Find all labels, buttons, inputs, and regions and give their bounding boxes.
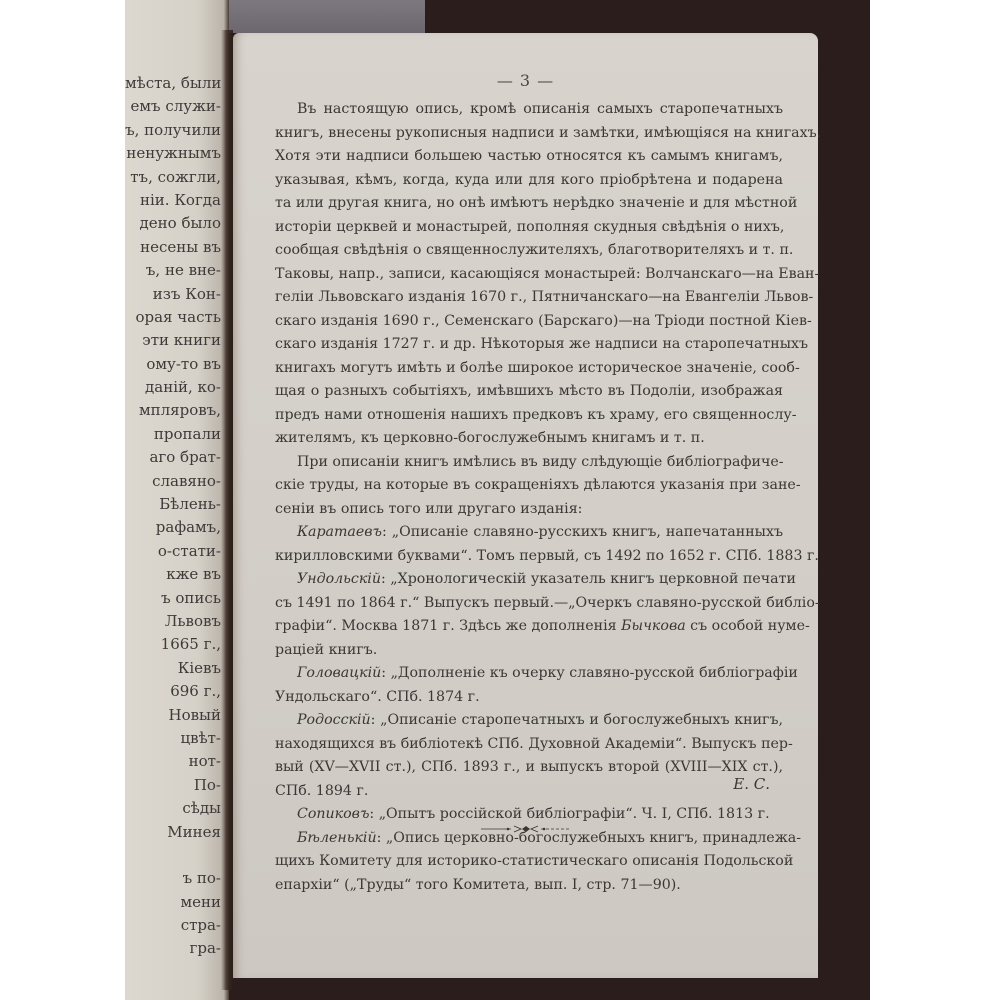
text-line: сообщая свѣдѣнія о священнослужителяхъ, … [275, 239, 783, 263]
left-page-line: 696 г., [125, 680, 221, 703]
left-page-line [125, 844, 221, 867]
text-line: Головацкій: „Дополненіе къ очерку славян… [275, 662, 783, 686]
text-line: щихъ Комитету для историко-статистическа… [275, 850, 783, 874]
left-page-line: ому-то въ [125, 353, 221, 376]
line-text: та или другая книга, но онѣ имѣютъ нерѣд… [275, 195, 797, 211]
line-text: щихъ Комитету для историко-статистическа… [275, 853, 793, 869]
left-page-line: ъ по- [125, 867, 221, 890]
ornament-divider-icon [481, 823, 571, 835]
left-page-line: цвѣт- [125, 727, 221, 750]
page-body: Въ настоящую опись, кромѣ описанія самых… [275, 98, 783, 897]
author-name: Ундольскій [297, 571, 381, 587]
line-text: СПб. 1894 г. [275, 783, 368, 799]
text-line: находящихся въ библіотекѣ СПб. Духовной … [275, 733, 783, 757]
main-page: — 3 — Въ настоящую опись, кромѣ описанія… [233, 33, 818, 978]
gutter-shadow [221, 30, 233, 990]
left-page-line: несены въ [125, 236, 221, 259]
left-page-line: нот- [125, 750, 221, 773]
page-number: — 3 — [233, 71, 818, 90]
line-text: Ундольскаго“. СПб. 1874 г. [275, 689, 480, 705]
book-photo: мѣста, былиемъ служи-ъ, получилиненужным… [125, 0, 870, 1000]
left-page-line: стра- [125, 914, 221, 937]
text-line: предъ нами отношенія нашихъ предковъ къ … [275, 404, 783, 428]
text-line: Таковы, напр., записи, касающіяся монаст… [275, 263, 783, 287]
line-text: : „Хронологическій указатель книгъ церко… [381, 571, 796, 587]
text-line: СПб. 1894 г. [275, 780, 783, 804]
line-text: : „Описаніе старопечатныхъ и богослужебн… [371, 712, 783, 728]
line-text: При описаніи книгъ имѣлись въ виду слѣду… [297, 454, 784, 470]
left-page-line: мпляровъ, [125, 399, 221, 422]
left-page-line: ненужнымъ [125, 142, 221, 165]
line-text: Хотя эти надписи большею частью относятс… [275, 148, 783, 164]
text-line: При описаніи книгъ имѣлись въ виду слѣду… [275, 451, 783, 475]
left-page-line: По- [125, 774, 221, 797]
left-page-line: Бѣлень- [125, 493, 221, 516]
text-line: епархіи“ („Труды“ того Комитета, вып. I,… [275, 874, 783, 898]
author-name: Сопиковъ [297, 806, 369, 822]
line-text: графіи“. Москва 1871 г. Здѣсь же дополне… [275, 618, 621, 634]
left-page-line: рафамъ, [125, 516, 221, 539]
text-line: та или другая книга, но онѣ имѣютъ нерѣд… [275, 192, 783, 216]
text-line: указывая, кѣмъ, когда, куда или для кого… [275, 169, 783, 193]
text-line: Ундольскій: „Хронологическій указатель к… [275, 568, 783, 592]
left-page-line: ъ опись [125, 587, 221, 610]
left-page-line: Львовъ [125, 610, 221, 633]
author-name: Бычкова [621, 618, 686, 634]
line-text: : „Опытъ россійской библіографіи“. Ч. I,… [369, 806, 769, 822]
left-page-line: кже въ [125, 563, 221, 586]
author-name: Каратаевъ [297, 524, 382, 540]
left-page-line: Новый [125, 704, 221, 727]
line-text: съ особой нуме- [686, 618, 810, 634]
line-text: вый (XV—XVII ст.), СПб. 1893 г., и выпус… [275, 759, 783, 775]
left-page-line: сѣды [125, 797, 221, 820]
left-page-line: Кіевъ [125, 657, 221, 680]
text-line: съ 1491 по 1864 г.“ Выпускъ первый.—„Оче… [275, 592, 783, 616]
author-name: Родосскій [297, 712, 371, 728]
line-text: находящихся въ библіотекѣ СПб. Духовной … [275, 736, 793, 752]
left-page-text: мѣста, былиемъ служи-ъ, получилиненужным… [125, 72, 221, 961]
text-line: скіе труды, на которые въ сокращеніяхъ д… [275, 474, 783, 498]
line-text: сообщая свѣдѣнія о священнослужителяхъ, … [275, 242, 793, 258]
left-page-line: ъ, не вне- [125, 259, 221, 282]
line-text: щая о разныхъ событіяхъ, имѣвшихъ мѣсто … [275, 383, 783, 399]
author-name: Бѣленькій [297, 830, 377, 846]
line-text: : „Опись церковно-богослужебныхъ книгъ, … [377, 830, 801, 846]
left-page-line: даній, ко- [125, 376, 221, 399]
left-page-line: Минея [125, 821, 221, 844]
text-line: Въ настоящую опись, кромѣ описанія самых… [275, 98, 783, 122]
line-text: геліи Львовскаго изданія 1670 г., Пятнич… [275, 289, 813, 305]
line-text: съ 1491 по 1864 г.“ Выпускъ первый.—„Оче… [275, 595, 820, 611]
author-name: Головацкій [297, 665, 381, 681]
text-line: раціей книгъ. [275, 639, 783, 663]
left-page-line: эти книги [125, 329, 221, 352]
text-line: вый (XV—XVII ст.), СПб. 1893 г., и выпус… [275, 756, 783, 780]
left-page-line: аго брат- [125, 446, 221, 469]
text-line: графіи“. Москва 1871 г. Здѣсь же дополне… [275, 615, 783, 639]
text-line: Каратаевъ: „Описаніе славяно-русскихъ кн… [275, 521, 783, 545]
text-line: скаго изданія 1727 г. и др. Нѣкоторыя же… [275, 333, 783, 357]
left-page-line: 1665 г., [125, 633, 221, 656]
text-line: Ундольскаго“. СПб. 1874 г. [275, 686, 783, 710]
line-text: исторіи церквей и монастырей, пополняя с… [275, 219, 784, 235]
line-text: предъ нами отношенія нашихъ предковъ къ … [275, 407, 797, 423]
text-line: кирилловскими буквами“. Томъ первый, съ … [275, 545, 783, 569]
left-page-line: славяно- [125, 470, 221, 493]
left-page-line: дено было [125, 212, 221, 235]
line-text: : „Описаніе славяно-русскихъ книгъ, напе… [382, 524, 783, 540]
line-text: указывая, кѣмъ, когда, куда или для кого… [275, 172, 783, 188]
line-text: книгахъ могутъ имѣть и болѣе широкое ист… [275, 360, 800, 376]
line-text: раціей книгъ. [275, 642, 377, 658]
left-page-line: орая часть [125, 306, 221, 329]
line-text: скіе труды, на которые въ сокращеніяхъ д… [275, 477, 801, 493]
line-text: Въ настоящую опись, кромѣ описанія самых… [297, 101, 783, 117]
left-page-line: тъ, сожгли, [125, 166, 221, 189]
line-text: Таковы, напр., записи, касающіяся монаст… [275, 266, 819, 282]
left-page-line: гра- [125, 937, 221, 960]
text-line: исторіи церквей и монастырей, пополняя с… [275, 216, 783, 240]
text-line: щая о разныхъ событіяхъ, имѣвшихъ мѣсто … [275, 380, 783, 404]
left-page-line: пропали [125, 423, 221, 446]
line-text: сеніи въ опись того или другаго изданія: [275, 501, 582, 517]
line-text: жителямъ, къ церковно-богослужебнымъ кни… [275, 430, 705, 446]
line-text: скаго изданія 1690 г., Семенскаго (Барск… [275, 313, 812, 329]
text-line: Хотя эти надписи большею частью относятс… [275, 145, 783, 169]
left-page-line: изъ Кон- [125, 283, 221, 306]
line-text: книгъ, внесены рукописныя надписи и замѣ… [275, 125, 821, 141]
text-line: Родосскій: „Описаніе старопечатныхъ и бо… [275, 709, 783, 733]
left-facing-page: мѣста, былиемъ служи-ъ, получилиненужным… [125, 0, 229, 1000]
table-surface [205, 0, 425, 33]
left-page-line: мѣста, были [125, 72, 221, 95]
left-page-line: ніи. Когда [125, 189, 221, 212]
text-line: жителямъ, къ церковно-богослужебнымъ кни… [275, 427, 783, 451]
text-line: книгъ, внесены рукописныя надписи и замѣ… [275, 122, 783, 146]
line-text: : „Дополненіе къ очерку славяно-русской … [381, 665, 798, 681]
text-line: сеніи въ опись того или другаго изданія: [275, 498, 783, 522]
left-page-line: ъ, получили [125, 119, 221, 142]
left-page-line: мени [125, 891, 221, 914]
text-line: книгахъ могутъ имѣть и болѣе широкое ист… [275, 357, 783, 381]
line-text: кирилловскими буквами“. Томъ первый, съ … [275, 548, 819, 564]
line-text: скаго изданія 1727 г. и др. Нѣкоторыя же… [275, 336, 808, 352]
signature: Е. С. [733, 775, 770, 793]
left-page-line: емъ служи- [125, 95, 221, 118]
text-line: геліи Львовскаго изданія 1670 г., Пятнич… [275, 286, 783, 310]
text-line: скаго изданія 1690 г., Семенскаго (Барск… [275, 310, 783, 334]
left-page-line: о-стати- [125, 540, 221, 563]
line-text: епархіи“ („Труды“ того Комитета, вып. I,… [275, 877, 681, 893]
